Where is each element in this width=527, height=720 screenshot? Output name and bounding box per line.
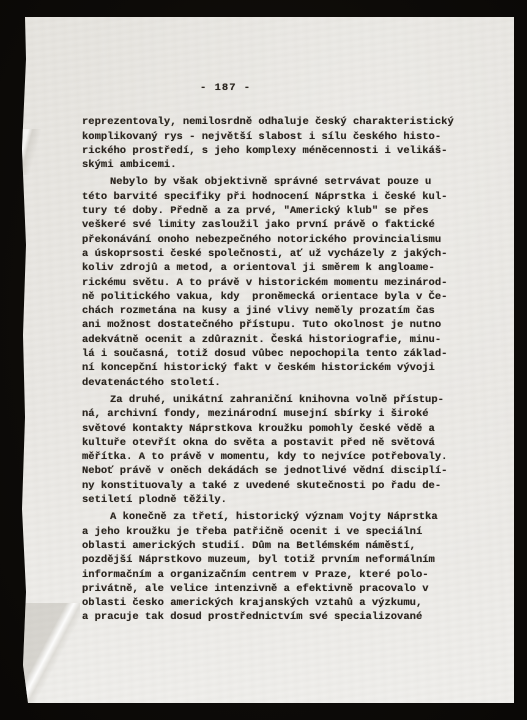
text-line: a jeho kroužku je třeba patřičně ocenit … xyxy=(82,525,482,539)
paper-crease-artifact xyxy=(22,129,46,175)
text-line: setiletí plodně těžily. xyxy=(82,493,482,507)
text-line: Za druhé, unikátní zahraniční knihovna v… xyxy=(82,393,482,407)
text-line: rickému světu. A to právě v historickém … xyxy=(82,276,482,290)
text-line: Neboť právě v oněch dekádách se jednotli… xyxy=(82,464,482,478)
text-line: reprezentovaly, nemilosrdně odhaluje čes… xyxy=(82,115,482,129)
text-line: tury té doby. Předně a za prvé, "Americk… xyxy=(82,204,482,218)
text-line: této barvité specifiky při hodnocení Náp… xyxy=(82,190,482,204)
text-line: A konečně za třetí, historický význam Vo… xyxy=(82,510,482,524)
text-line: adekvátně ocenit a zdůraznit. Česká hist… xyxy=(82,333,482,347)
text-line: kultuře otevřít okna do světa a postavit… xyxy=(82,436,482,450)
text-line: překonávání onoho nebezpečného notorické… xyxy=(82,233,482,247)
text-line: komplikovaný rys - největší slabost i sí… xyxy=(82,130,482,144)
paragraph: Nebylo by však objektivně správné setrvá… xyxy=(82,175,482,389)
text-line: a úskoprsosti české společnosti, ať už v… xyxy=(82,247,482,261)
text-line: koliv zdrojů a metod, a orientoval ji sm… xyxy=(82,261,482,275)
text-line: skými ambicemi. xyxy=(82,158,482,172)
text-line: lá i současná, totiž dosud vůbec nepocho… xyxy=(82,347,482,361)
text-line: ní koncepční historický fakt v českém hi… xyxy=(82,361,482,375)
text-line: rického prostředí, s jeho komplexy méněc… xyxy=(82,144,482,158)
text-line: pozdější Náprstkovo muzeum, byl totiž pr… xyxy=(82,553,482,567)
text-line: Nebylo by však objektivně správné setrvá… xyxy=(82,175,482,189)
text-line: privátně, ale velice intenzivně a efekti… xyxy=(82,582,482,596)
typewritten-content: - 187 - reprezentovaly, nemilosrdně odha… xyxy=(82,81,482,625)
text-line: devatenáctého století. xyxy=(82,376,482,390)
text-line: chách rozmetána na kusy a jiné vlivy nem… xyxy=(82,304,482,318)
text-line: informačním a organizačním centrem v Pra… xyxy=(82,568,482,582)
text-line: světové kontakty Náprstkova kroužku pomo… xyxy=(82,422,482,436)
paragraph: reprezentovaly, nemilosrdně odhaluje čes… xyxy=(82,115,482,172)
text-line: ani možnost dostatečného přístupu. Tuto … xyxy=(82,318,482,332)
text-line: měřítka. A to právě v momentu, kdy to ne… xyxy=(82,450,482,464)
text-line: veškeré své limity zasloužil jako první … xyxy=(82,218,482,232)
paper-speck-artifact xyxy=(22,685,25,691)
text-block: reprezentovaly, nemilosrdně odhaluje čes… xyxy=(82,115,482,624)
paragraph: A konečně za třetí, historický význam Vo… xyxy=(82,510,482,624)
paper-fold-artifact xyxy=(22,603,80,703)
text-line: oblasti česko amerických krajanských vzt… xyxy=(82,596,482,610)
text-line: oblasti amerických studií. Dům na Betlém… xyxy=(82,539,482,553)
text-line: ná, archivní fondy, mezinárodní musejní … xyxy=(82,407,482,421)
page-number: - 187 - xyxy=(200,81,482,95)
paragraph: Za druhé, unikátní zahraniční knihovna v… xyxy=(82,393,482,507)
text-line: ny konstituovaly a také z uvedené skuteč… xyxy=(82,479,482,493)
scanned-page: - 187 - reprezentovaly, nemilosrdně odha… xyxy=(22,17,514,703)
scanner-background: - 187 - reprezentovaly, nemilosrdně odha… xyxy=(0,0,527,720)
text-line: a pracuje tak dosud prostřednictvím své … xyxy=(82,610,482,624)
text-line: ně politického vakua, kdy proněmecká ori… xyxy=(82,290,482,304)
